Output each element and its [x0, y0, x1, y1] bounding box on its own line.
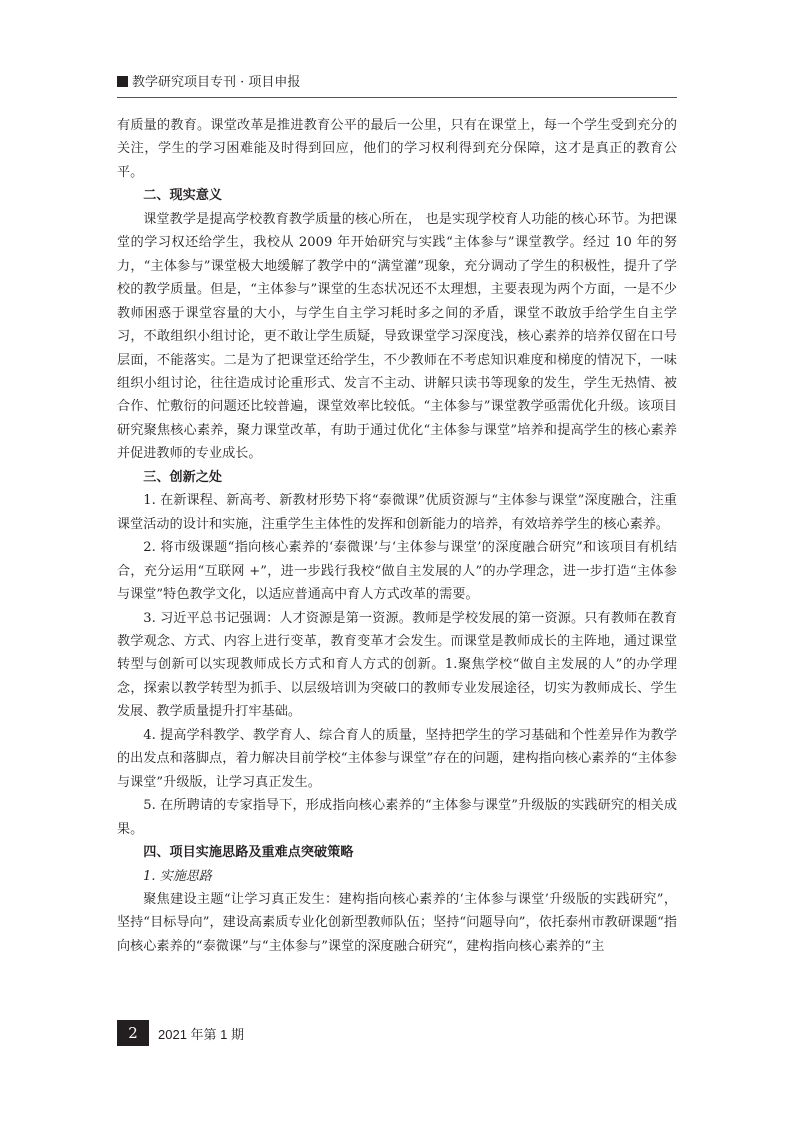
- issue-label: 2021 年第 1 期: [158, 1024, 244, 1043]
- section3-item-5: 5. 在所聘请的专家指导下，形成指向核心素养的“主体参与课堂”升级版的实践研究的…: [117, 794, 677, 841]
- section3-item-3: 3. 习近平总书记强调：人才资源是第一资源。教师是学校发展的第一资源。只有教师在…: [117, 607, 677, 724]
- section4-paragraph: 聚焦建设主题“让学习真正发生：建构指向核心素养的‘主体参与课堂’升级版的实践研究…: [117, 888, 677, 958]
- section3-item-4: 4. 提高学科教学、教学育人、综合育人的质量，坚持把学生的学习基础和个性差异作为…: [117, 724, 677, 794]
- section3-item-1: 1. 在新课程、新高考、新教材形势下将“泰微课”优质资源与“主体参与课堂”深度融…: [117, 489, 677, 536]
- page-number: 2: [117, 1020, 149, 1046]
- intro-continuation: 有质量的教育。课堂改革是推进教育公平的最后一公里，只有在课堂上，每一个学生受到充…: [117, 114, 677, 184]
- article-body: 有质量的教育。课堂改革是推进教育公平的最后一公里，只有在课堂上，每一个学生受到充…: [117, 114, 677, 958]
- section-heading-3: 三、创新之处: [117, 466, 677, 489]
- running-header: 教学研究项目专刊 · 项目申报: [117, 74, 677, 98]
- section4-subheading: 1. 实施思路: [117, 865, 677, 888]
- section3-item-2: 2. 将市级课题“指向核心素养的‘泰微课’与‘主体参与课堂’的深度融合研究”和该…: [117, 536, 677, 606]
- header-title: 教学研究项目专刊 · 项目申报: [132, 75, 300, 90]
- section-heading-4: 四、项目实施思路及重难点突破策略: [117, 841, 677, 864]
- section2-paragraph: 课堂教学是提高学校教育教学质量的核心所在， 也是实现学校育人功能的核心环节。为把…: [117, 208, 677, 466]
- header-square-icon: [117, 76, 128, 87]
- section-heading-2: 二、现实意义: [117, 184, 677, 207]
